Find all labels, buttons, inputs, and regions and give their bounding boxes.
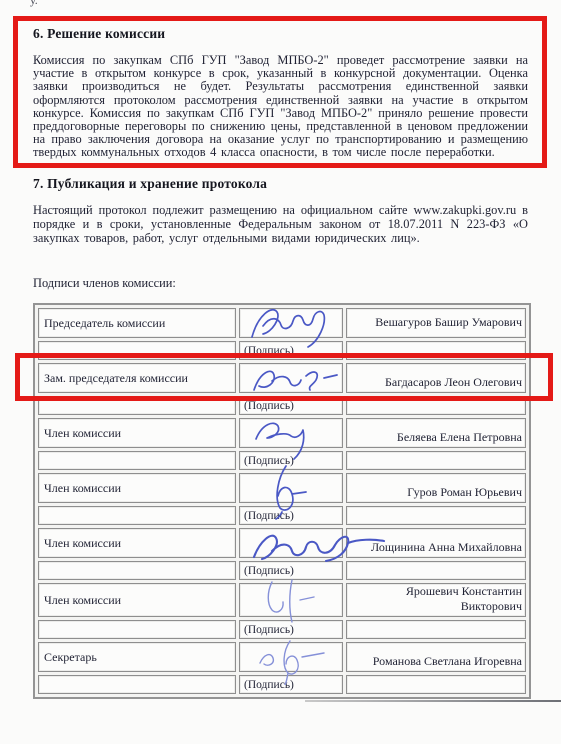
empty-cell (38, 620, 236, 639)
table-row: Член комиссии Гуров Роман Юрьевич (38, 473, 526, 503)
highlight-box-section6: 6. Решение комиссии Комиссия по закупкам… (13, 16, 547, 168)
signer-name: Лощинина Анна Михайловна (346, 528, 526, 558)
empty-cell (346, 451, 526, 470)
signature-cell (239, 473, 343, 503)
table-row: (Подпись) (38, 341, 526, 360)
section7-title: 7. Публикация и хранение протокола (33, 176, 267, 192)
empty-cell (346, 561, 526, 580)
signer-name: Гуров Роман Юрьевич (346, 473, 526, 503)
signature-caption: (Подпись) (239, 561, 343, 580)
signature-cell (239, 583, 343, 617)
scan-artifact-line (305, 700, 561, 702)
table-row: Член комиссии Ярошевич Константин Виктор… (38, 583, 526, 617)
empty-cell (38, 341, 236, 360)
signature-cell (239, 308, 343, 338)
section7-body: Настоящий протокол подлежит размещению н… (33, 204, 528, 245)
empty-cell (346, 396, 526, 415)
signature-cell (239, 418, 343, 448)
signature-caption: (Подпись) (239, 396, 343, 415)
signer-name: Романова Светлана Игоревна (346, 642, 526, 672)
signer-name: Вешагуров Башир Умарович (346, 308, 526, 338)
signature-cell (239, 642, 343, 672)
empty-cell (346, 620, 526, 639)
table-row: (Подпись) (38, 675, 526, 694)
table-row: (Подпись) (38, 620, 526, 639)
signer-name: Ярошевич Константин Викторович (346, 583, 526, 617)
page-edge-text-fragment: у. (30, 0, 90, 8)
signatures-table: Председатель комиссии Вешагуров Башир Ум… (33, 303, 531, 699)
signer-name: Беляева Елена Петровна (346, 418, 526, 448)
table-row: Председатель комиссии Вешагуров Башир Ум… (38, 308, 526, 338)
signer-role: Секретарь (38, 642, 236, 672)
signer-name: Багдасаров Леон Олегович (346, 363, 526, 393)
signature-cell (239, 528, 343, 558)
signer-role: Зам. председателя комиссии (38, 363, 236, 393)
section6-body: Комиссия по закупкам СПб ГУП "Завод МПБО… (33, 54, 528, 160)
signatures-heading: Подписи членов комиссии: (33, 276, 176, 291)
signature-cell (239, 363, 343, 393)
signer-role: Председатель комиссии (38, 308, 236, 338)
table-row: (Подпись) (38, 451, 526, 470)
signature-caption: (Подпись) (239, 341, 343, 360)
signer-role: Член комиссии (38, 418, 236, 448)
empty-cell (346, 341, 526, 360)
table-row: (Подпись) (38, 396, 526, 415)
signature-caption: (Подпись) (239, 506, 343, 525)
empty-cell (38, 675, 236, 694)
empty-cell (38, 451, 236, 470)
table-row-highlighted: Зам. председателя комиссии Багдасаров Ле… (38, 363, 526, 393)
table-row: Член комиссии Лощинина Анна Михайловна (38, 528, 526, 558)
empty-cell (346, 506, 526, 525)
table-row: Член комиссии Беляева Елена Петровна (38, 418, 526, 448)
empty-cell (346, 675, 526, 694)
empty-cell (38, 506, 236, 525)
signature-caption: (Подпись) (239, 620, 343, 639)
scanned-protocol-page: у. 6. Решение комиссии Комиссия по закуп… (0, 0, 561, 744)
section6-title: 6. Решение комиссии (33, 26, 528, 42)
signature-caption: (Подпись) (239, 451, 343, 470)
signer-role: Член комиссии (38, 583, 236, 617)
table-row: Секретарь Романова Светлана Игоревна (38, 642, 526, 672)
signature-caption: (Подпись) (239, 675, 343, 694)
table-row: (Подпись) (38, 506, 526, 525)
signer-role: Член комиссии (38, 473, 236, 503)
table-row: (Подпись) (38, 561, 526, 580)
empty-cell (38, 396, 236, 415)
signer-role: Член комиссии (38, 528, 236, 558)
empty-cell (38, 561, 236, 580)
